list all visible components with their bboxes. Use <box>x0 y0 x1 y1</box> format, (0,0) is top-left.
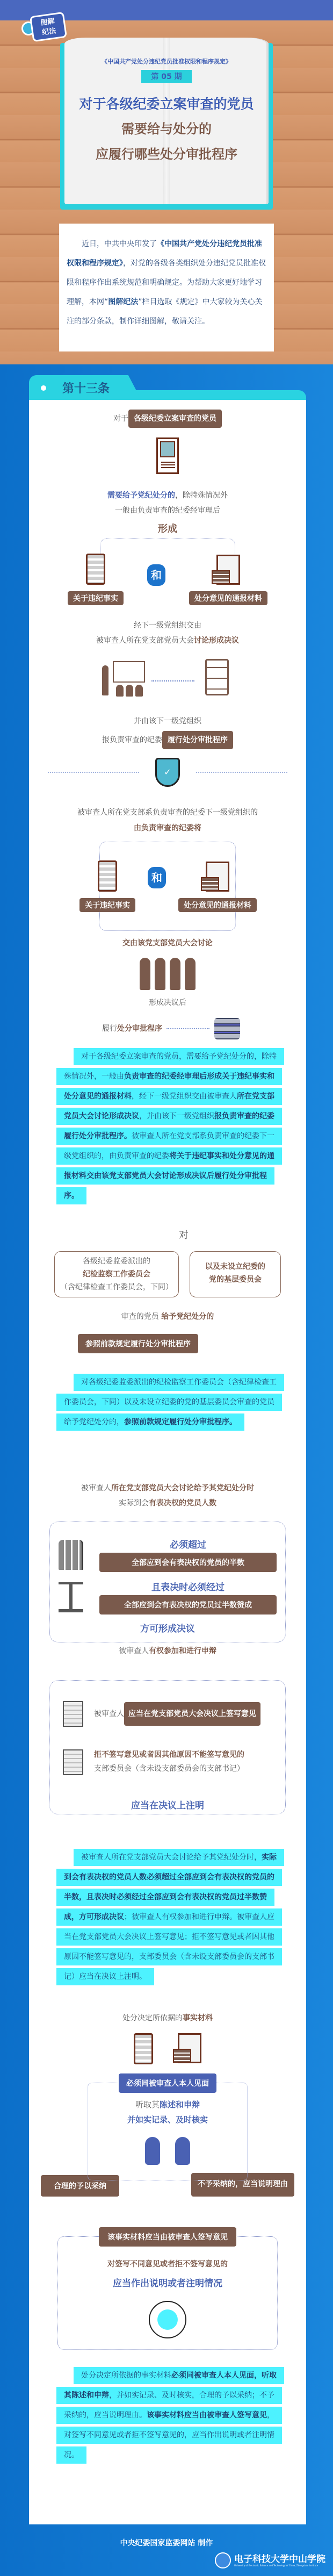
article-card: 对于各级纪委立案审查的党员 需要给予党纪处分的，除特殊情况外 一般由负责审查的纪… <box>29 400 306 2524</box>
quote-article-13-para2: 对各级纪委监委派出的纪检监察工作委员会（含纪律检查工作委员会，下同）以及未设立纪… <box>56 1373 279 1432</box>
tablet-icon <box>86 554 105 585</box>
interview-icon <box>141 2137 194 2169</box>
main-section: 第十三条 对于各级纪委立案审查的党员 需要给予党纪处分的，除特殊情况外 一般由负… <box>0 364 333 2576</box>
divider <box>48 772 139 773</box>
clipboard-icon <box>205 659 229 695</box>
university-seal-icon <box>215 2552 231 2568</box>
footer-credit: 中央纪委国家监委网站 制作 <box>0 2524 333 2552</box>
tablet-icon <box>134 2033 153 2064</box>
badge-panel: 图解 纪法 <box>30 12 67 42</box>
tablet-icon <box>98 860 117 892</box>
box-dispatched-commissions: 各级纪委监委派出的 纪检监察工作委员会 （含纪律检查工作委员会，下同） <box>54 1251 179 1297</box>
quote-article-13-para1: 对于各级纪委立案审查的党员，需要给予党纪处分的，除特殊情况外，一般由负责审查的纪… <box>56 1047 279 1206</box>
bullet-dot-icon <box>41 385 46 391</box>
article-title: 第十三条 <box>62 379 110 396</box>
label-majority-approval: 全部应到会有表决权的党员过半数赞成 <box>99 1595 277 1615</box>
label-report-materials: 处分意见的通报材料 <box>189 591 267 605</box>
intro-paragraph: 近日，中共中央印发了《中国共产党处分违纪党员批准权限和程序规定》，对党的各级各类… <box>59 224 274 351</box>
book-illustration: 《中国共产党处分违纪党员批准权限和程序规定》 第 05 期 对于各级纪委立案审查… <box>62 38 271 210</box>
shield-check-icon: ✓ <box>155 758 180 787</box>
and-badge: 和 <box>147 564 165 586</box>
chart-report-icon <box>63 1701 83 1727</box>
signature-requirement-box: 该事实材料应当由被审查人签写意见 对签写不同意见或者拒不签写意见的 应当作出说明… <box>57 2236 278 2350</box>
quote-article-13-para4: 处分决定所依据的事实材料必须同被审查人本人见面，听取其陈述和申辩，并如实记录、及… <box>56 2366 279 2465</box>
box-grassroots-committees: 以及未设立纪委的 党的基层委员会 <box>190 1251 281 1297</box>
page-subtitle-2: 应履行哪些处分审批程序 <box>62 143 271 162</box>
meeting-illustration <box>98 659 237 702</box>
issue-ribbon: 第 05 期 <box>141 70 191 83</box>
team-flag-icon <box>59 1540 83 1570</box>
university-logo: 电子科技大学中山学院 University of Electronic Scie… <box>0 2552 333 2576</box>
presentation-board-icon <box>113 661 145 683</box>
group-discussion-icon <box>29 958 306 990</box>
label-reviewed-members: 各级纪委立案审查的党员 <box>128 410 222 428</box>
label-approval-procedure: 履行处分审批程序 <box>162 731 233 749</box>
column-badge: 图解 纪法 <box>21 12 68 42</box>
law-title: 《中国共产党处分违纪党员批准权限和程序规定》 <box>62 57 271 66</box>
header-wood: 图解 纪法 《中国共产党处分违纪党员批准权限和程序规定》 第 05 期 对于各级… <box>0 20 333 364</box>
label-sign-opinion: 应当在党支部党员大会决议上签写意见 <box>124 1702 260 1726</box>
page-subtitle-1: 需要给与处分的 <box>62 118 271 137</box>
label-meet-in-person: 必须同被审查人本人见面 <box>119 2073 216 2093</box>
divider <box>196 772 287 773</box>
dotted-bracket <box>100 539 235 554</box>
label-report-materials: 处分意见的通报材料 <box>178 898 257 912</box>
arrow-icon <box>151 680 194 681</box>
page-title: 对于各级纪委立案审查的党员 <box>62 94 271 113</box>
server-stack-icon <box>214 1018 240 1039</box>
label-facts: 关于违纪事实 <box>79 898 135 912</box>
signing-box: 被审查人应当在党支部党员大会决议上签写意见 拒不签写意见或者因其他原因不能签写意… <box>49 1680 286 1814</box>
article-tab-header: 第十三条 <box>29 375 306 400</box>
vote-requirements-box: 必须超过 全部应到会有表决权的党员的半数 且表决时必须经过 全部应到会有表决权的… <box>49 1522 286 1642</box>
label-sign-facts: 该事实材料应当由被审查人签写意见 <box>99 2227 236 2247</box>
people-exchange-icon <box>149 2301 186 2338</box>
face-to-face-box: 必须同被审查人本人见面 听取其陈述和申辩 并如实记录、及时核实 <box>88 2083 248 2180</box>
scales-icon <box>59 1582 83 1612</box>
label-facts: 关于违纪事实 <box>68 591 124 605</box>
label-half-quorum: 全部应到会有表决权的党员的半数 <box>99 1553 277 1572</box>
report-paper-icon <box>178 2033 201 2063</box>
label-refer-previous: 参照前款规定履行处分审批程序 <box>78 1334 198 1353</box>
and-badge: 和 <box>148 867 166 888</box>
report-paper-icon <box>216 555 240 585</box>
quote-article-13-para3: 被审查人所在党支部党员大会讨论给予其党纪处分时，实际到会有表决权的党员人数必须超… <box>56 1848 279 1987</box>
document-icon <box>156 437 179 474</box>
report-paper-icon <box>206 862 229 892</box>
hand-document-icon <box>63 1749 83 1775</box>
